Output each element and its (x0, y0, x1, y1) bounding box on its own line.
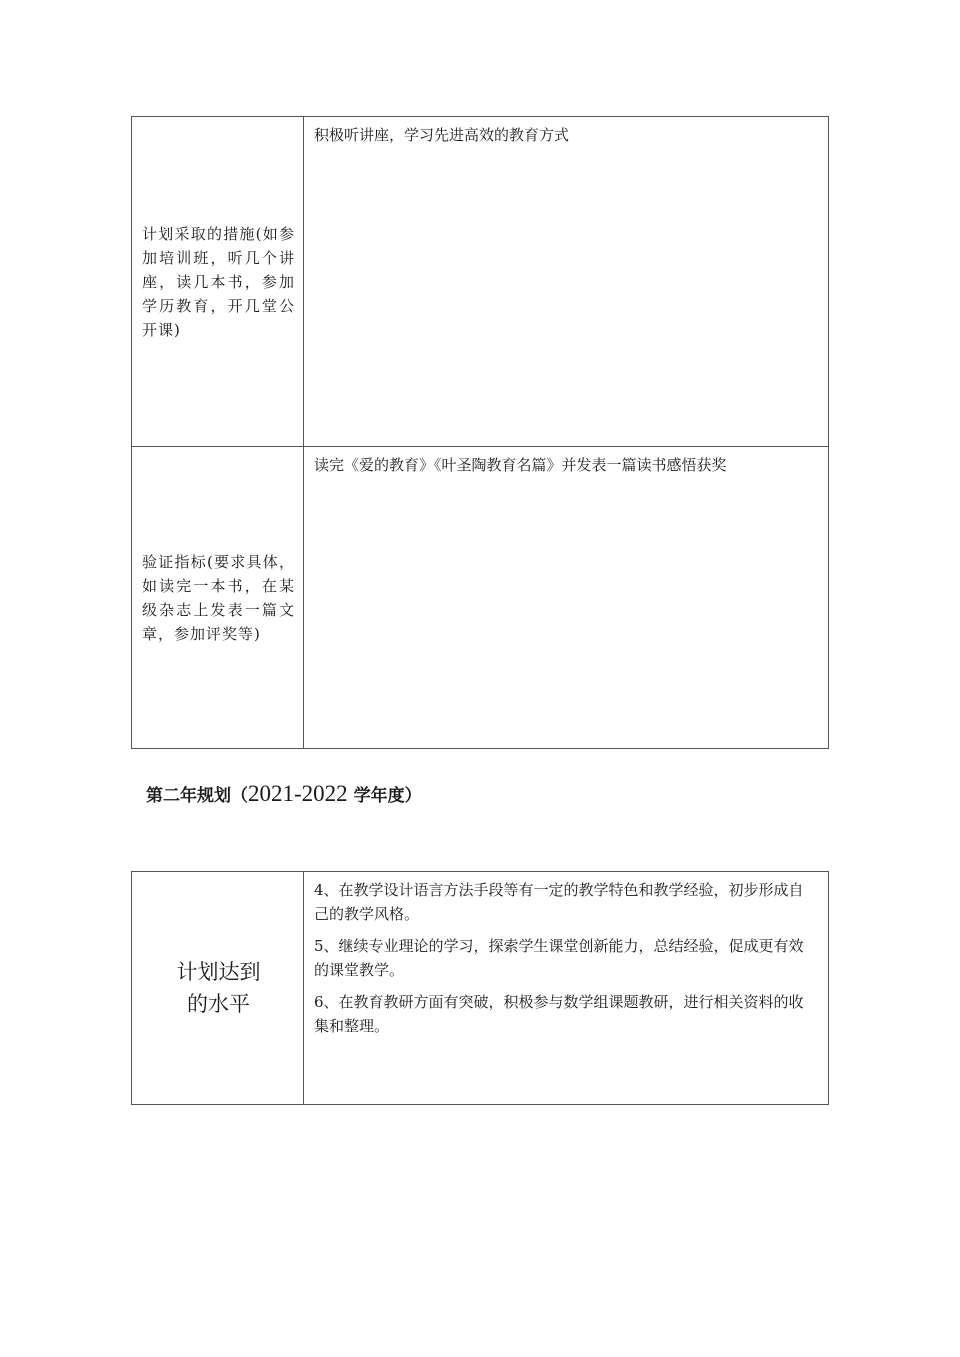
table-row-target-level: 计划达到 的水平 4、在教学设计语言方法手段等有一定的教学特色和教学经验，初步形… (132, 872, 829, 1105)
measures-label: 计划采取的措施(如参加培训班，听几个讲座，读几本书，参加学历教育，开几堂公开课) (132, 117, 304, 447)
target-level-label-line2: 的水平 (142, 988, 295, 1020)
indicators-content: 读完《爱的教育》《叶圣陶教育名篇》并发表一篇读书感悟获奖 (304, 447, 829, 749)
goal-item: 5、继续专业理论的学习，探索学生课堂创新能力，总结经验，促成更有效的课堂教学。 (314, 934, 818, 982)
target-level-content: 4、在教学设计语言方法手段等有一定的教学特色和教学经验，初步形成自己的教学风格。… (304, 872, 829, 1105)
section-title-prefix: 第二年规划（ (146, 786, 248, 806)
goal-item: 4、在教学设计语言方法手段等有一定的教学特色和教学经验，初步形成自己的教学风格。 (314, 878, 818, 926)
target-level-label-line1: 计划达到 (142, 956, 295, 988)
section-title-suffix: 学年度） (348, 786, 422, 806)
table-row-indicators: 验证指标(要求具体，如读完一本书，在某级杂志上发表一篇文章，参加评奖等) 读完《… (132, 447, 829, 749)
plan-table-year1-continued: 计划采取的措施(如参加培训班，听几个讲座，读几本书，参加学历教育，开几堂公开课)… (131, 116, 829, 749)
measures-content: 积极听讲座，学习先进高效的教育方式 (304, 117, 829, 447)
target-level-label: 计划达到 的水平 (132, 872, 304, 1105)
goal-item: 6、在教育教研方面有突破，积极参与数学组课题教研，进行相关资料的收集和整理。 (314, 990, 818, 1038)
indicators-label: 验证指标(要求具体，如读完一本书，在某级杂志上发表一篇文章，参加评奖等) (132, 447, 304, 749)
plan-table-year2: 计划达到 的水平 4、在教学设计语言方法手段等有一定的教学特色和教学经验，初步形… (131, 871, 829, 1105)
table-row-measures: 计划采取的措施(如参加培训班，听几个讲座，读几本书，参加学历教育，开几堂公开课)… (132, 117, 829, 447)
section-title-year: 2021-2022 (248, 781, 348, 806)
section-title-year2: 第二年规划（2021-2022 学年度） (146, 781, 422, 807)
